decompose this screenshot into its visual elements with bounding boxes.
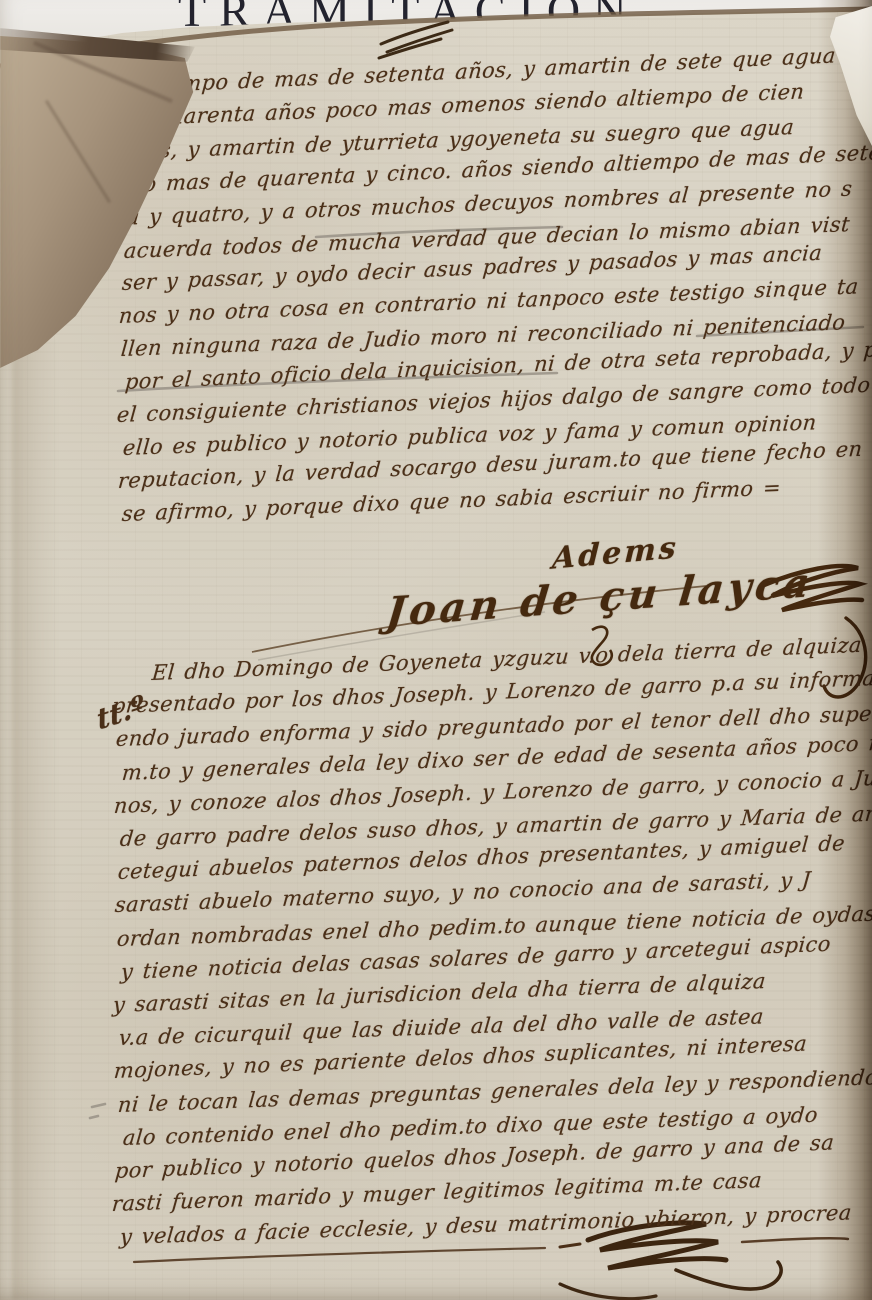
manuscript-scan: TRAMITACION: [0, 0, 872, 1300]
